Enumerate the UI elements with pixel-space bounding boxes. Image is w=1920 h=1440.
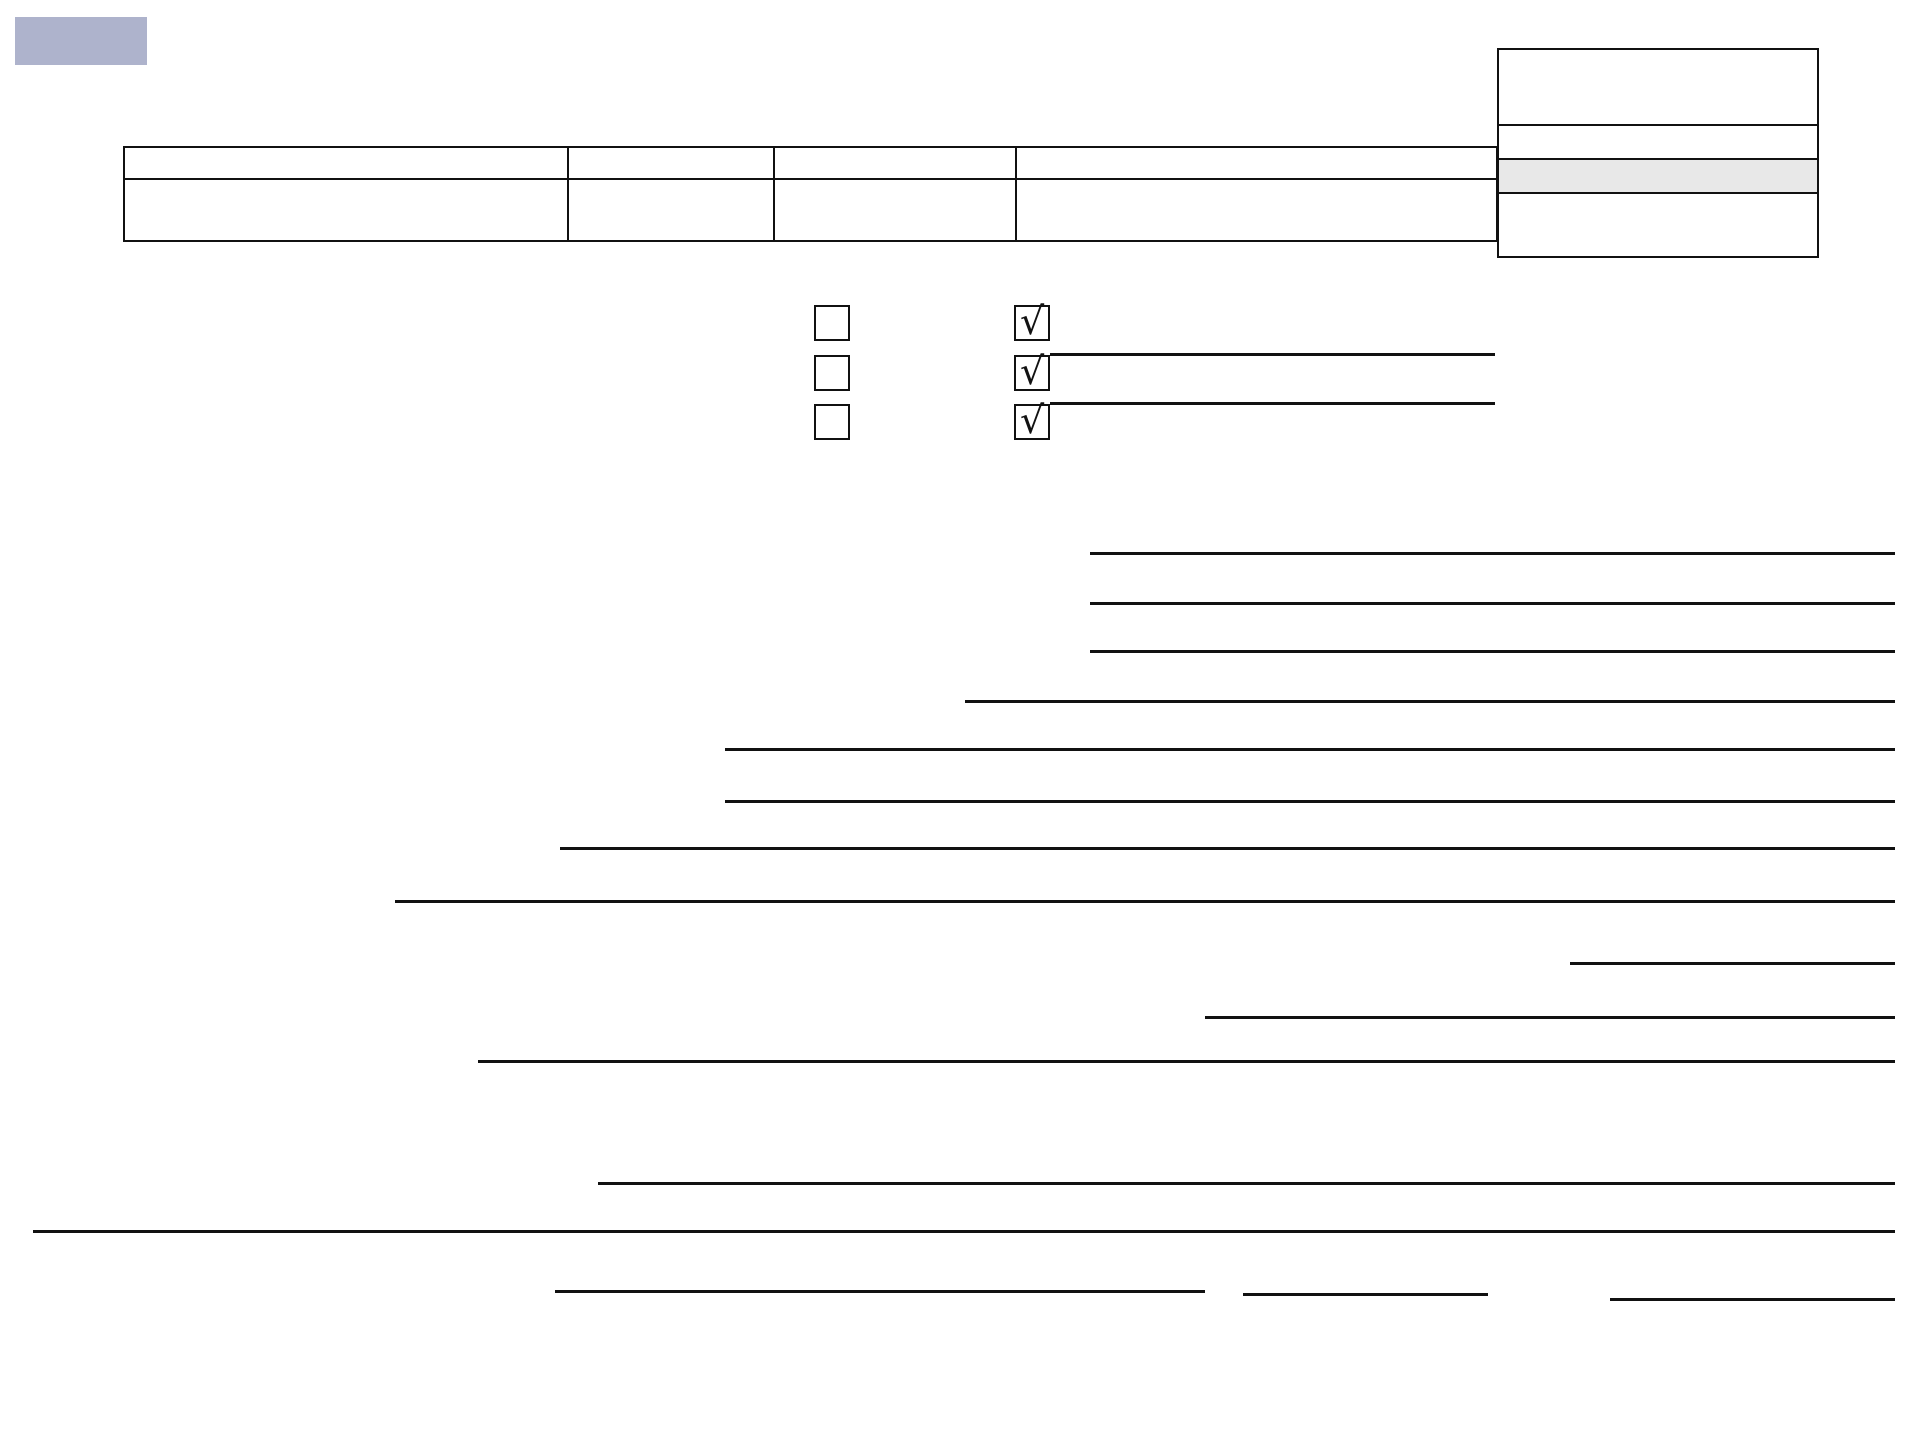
col-header-volume <box>774 147 1016 179</box>
col-header-engine-number <box>1016 147 1497 179</box>
checkbox[interactable] <box>814 355 850 391</box>
note-line-6[interactable] <box>1090 602 1895 605</box>
removed-line[interactable] <box>598 1182 1895 1185</box>
car-number-label <box>1499 126 1817 160</box>
check-item-2-option <box>810 355 850 391</box>
name-line[interactable] <box>555 1290 1205 1293</box>
note-line-11[interactable] <box>560 847 1895 850</box>
check-item-1-option <box>810 305 850 341</box>
engine-number-value[interactable] <box>1016 179 1497 241</box>
note-line-5[interactable] <box>1090 552 1895 555</box>
divider-line <box>33 1230 1895 1233</box>
checkbox[interactable] <box>1014 305 1050 341</box>
car-number-value[interactable] <box>1499 50 1817 126</box>
checkbox[interactable] <box>1014 404 1050 440</box>
volume-value[interactable] <box>774 179 1016 241</box>
auto-gearbox-line[interactable] <box>1205 1016 1895 1019</box>
note-line-7[interactable] <box>1090 650 1895 653</box>
year-value[interactable] <box>568 179 774 241</box>
check-item-3-option <box>1010 404 1050 440</box>
checkbox[interactable] <box>814 305 850 341</box>
manual-gearbox-line[interactable] <box>1570 962 1895 965</box>
company-logo <box>15 17 147 65</box>
check-item-2-option <box>1010 355 1050 391</box>
engine-remarks-line[interactable] <box>395 900 1895 903</box>
vehicle-info-table <box>123 146 1498 242</box>
check-item-1 <box>84 307 96 339</box>
model-value[interactable] <box>124 179 568 241</box>
col-header-year <box>568 147 774 179</box>
check-item-1-option <box>1010 305 1050 341</box>
car-number-box <box>1497 48 1819 258</box>
check-item-3 <box>84 406 96 438</box>
odometer-label <box>1499 160 1817 194</box>
note-line-10[interactable] <box>725 800 1895 803</box>
note-line-8[interactable] <box>965 700 1895 703</box>
checkbox[interactable] <box>814 404 850 440</box>
date-line[interactable] <box>1610 1298 1895 1301</box>
col-header-model <box>124 147 568 179</box>
manual-remarks-line[interactable] <box>478 1060 1895 1063</box>
note-line-2[interactable] <box>1050 402 1495 405</box>
checkbox[interactable] <box>1014 355 1050 391</box>
check-item-2 <box>84 357 96 389</box>
note-line-9[interactable] <box>725 748 1895 751</box>
note-line-1[interactable] <box>1050 353 1495 356</box>
check-item-3-option <box>810 404 850 440</box>
signature-line[interactable] <box>1243 1293 1488 1296</box>
